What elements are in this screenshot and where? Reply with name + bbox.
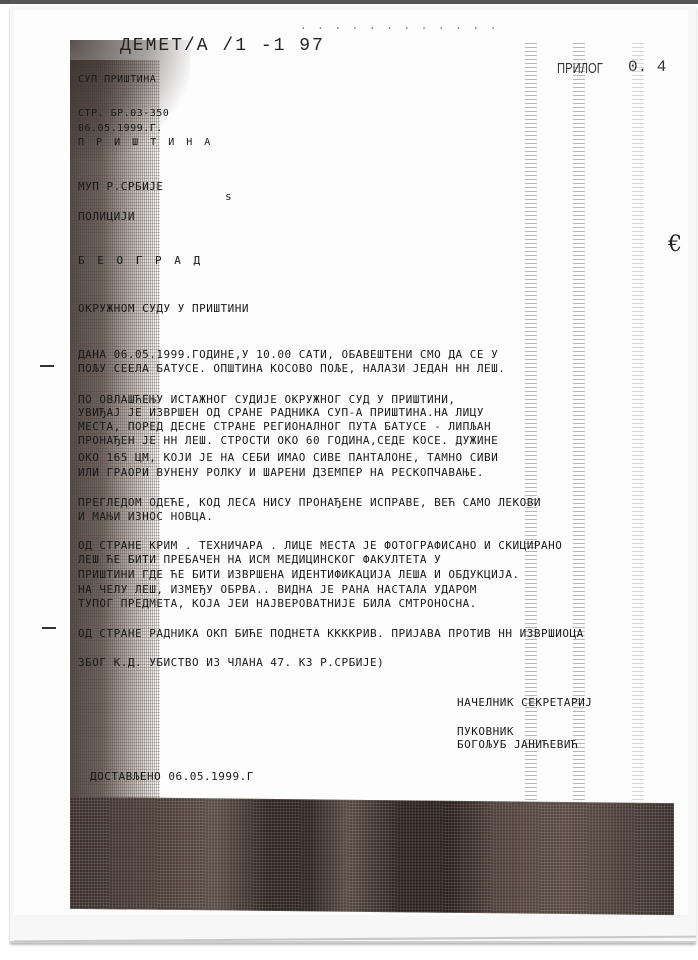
paragraph-line: ПРИШТИНИ ГДЕ ЋЕ БИТИ ИЗВРШЕНА ИДЕНТИФИКА…	[78, 568, 520, 581]
paragraph-line: ПРЕГЛЕДОМ ОДЕЋЕ, КОД ЛЕСА НИСУ ПРОНАЂЕНЕ…	[78, 496, 541, 509]
paragraph-line: ЛЕШ ЋЕ БИТИ ПРЕБАЧЕН НА ИСМ МЕДИЦИНСКОГ …	[78, 553, 441, 566]
header-city: П Р И Ш Т И Н А	[78, 136, 213, 149]
paragraph-line: МЕСТА, ПОРЕД ДЕСНЕ СТРАНЕ РЕГИОНАЛНОГ ПУ…	[78, 420, 491, 433]
paragraph-line: ПО ОВЛАШЋЕЊУ ИСТАЖНОГ СУДИЈЕ ОКРУЖНОГ СУ…	[78, 393, 456, 406]
paragraph-line: НА ЧЕЛУ ЛЕШ, ИЗМЕЂУ ОБРВА.. ВИДНА ЈЕ РАН…	[78, 583, 477, 596]
addressee-line: ОКРУЖНОМ СУДУ У ПРИШТИНИ	[78, 302, 249, 315]
margin-mark: €	[668, 232, 682, 257]
attachment-stamp: ПРИЛОГ	[557, 60, 603, 77]
scan-stripe	[573, 40, 585, 800]
paragraph-line: ИЛИ ГРАОРИ ВУНЕНУ РОЛКУ И ШАРЕНИ ДЗЕМПЕР…	[78, 466, 484, 479]
paragraph-line: ОД СТРАНЕ РАДНИКА ОКП БИЋЕ ПОДНЕТА ККККР…	[78, 627, 584, 640]
punch-mark	[42, 627, 56, 629]
footer-date: ДОСТАВЉЕНО 06.05.1999.Г	[90, 770, 254, 783]
signature-block: НАЧЕЛНИК СЕКРЕТАРИЈ ПУКОВНИК БОГОЉУБ ЈАН…	[457, 696, 592, 751]
addressee-line: МУП Р.СРБИЈЕ	[78, 180, 163, 193]
scan-top-edge	[0, 0, 698, 4]
addressee-line: ПОЛИЦИЈИ	[78, 210, 135, 223]
signature-name: БОГОЉУБ ЈАНИЋЕВИЋ	[457, 738, 592, 751]
paragraph-line: УВИЂАЈ ЈЕ ИЗВРШЕН ОД СРАНЕ РАДНИКА СУП-А…	[78, 406, 484, 419]
paragraph-line: ОКО 165 ЦМ, КОЈИ ЈЕ НА СЕБИ ИМАО СИВЕ ПА…	[78, 451, 498, 464]
attachment-number: 0. 4	[628, 58, 666, 76]
signature-rank: ПУКОВНИК	[457, 725, 592, 738]
signature-title: НАЧЕЛНИК СЕКРЕТАРИЈ	[457, 696, 592, 709]
paragraph-line: ОД СТРАНЕ КРИМ . ТЕХНИЧАРА . ЛИЦЕ МЕСТА …	[78, 539, 562, 552]
paragraph-line: ДАНА 06.05.1999.ГОДИНЕ,У 10.00 САТИ, ОБА…	[78, 348, 498, 361]
paragraph-line: ПРОНАЂЕН ЈЕ НН ЛЕШ. СТРОСТИ ОКО 60 ГОДИН…	[78, 434, 498, 447]
scan-dark-band	[70, 797, 674, 915]
header-date: 06.05.1999.Г.	[78, 122, 163, 135]
header-number: СТР. БР.03-350	[78, 107, 169, 120]
header-scrawl: · · · · · · · · · · · ·	[300, 22, 498, 35]
paragraph-line: ПОЉУ СЕЕЛА БАТУСЕ. ОПШТИНА КОСОВО ПОЉЕ, …	[78, 362, 505, 375]
document-reference: ДЕМЕТ/А /1 -1 97	[120, 36, 325, 56]
scan-stripe	[525, 40, 537, 800]
addressee-line: Б Е О Г Р А Д	[78, 254, 203, 267]
scan-stripe	[632, 40, 644, 800]
paragraph-line: ТУПОГ ПРЕДМЕТА, КОЈА ЈЕИ НАЈВЕРОВАТНИЈЕ …	[78, 597, 477, 610]
header-org: СУП ПРИШТИНА	[78, 73, 156, 86]
punch-mark	[40, 365, 54, 367]
paragraph-line: И МАЊИ ИЗНОС НОВЦА.	[78, 510, 213, 523]
handwritten-mark: s	[225, 190, 232, 203]
paragraph-line: ЗБОГ К.Д. УБИСТВО ИЗ ЧЛАНА 47. КЗ Р.СРБИ…	[78, 656, 384, 669]
